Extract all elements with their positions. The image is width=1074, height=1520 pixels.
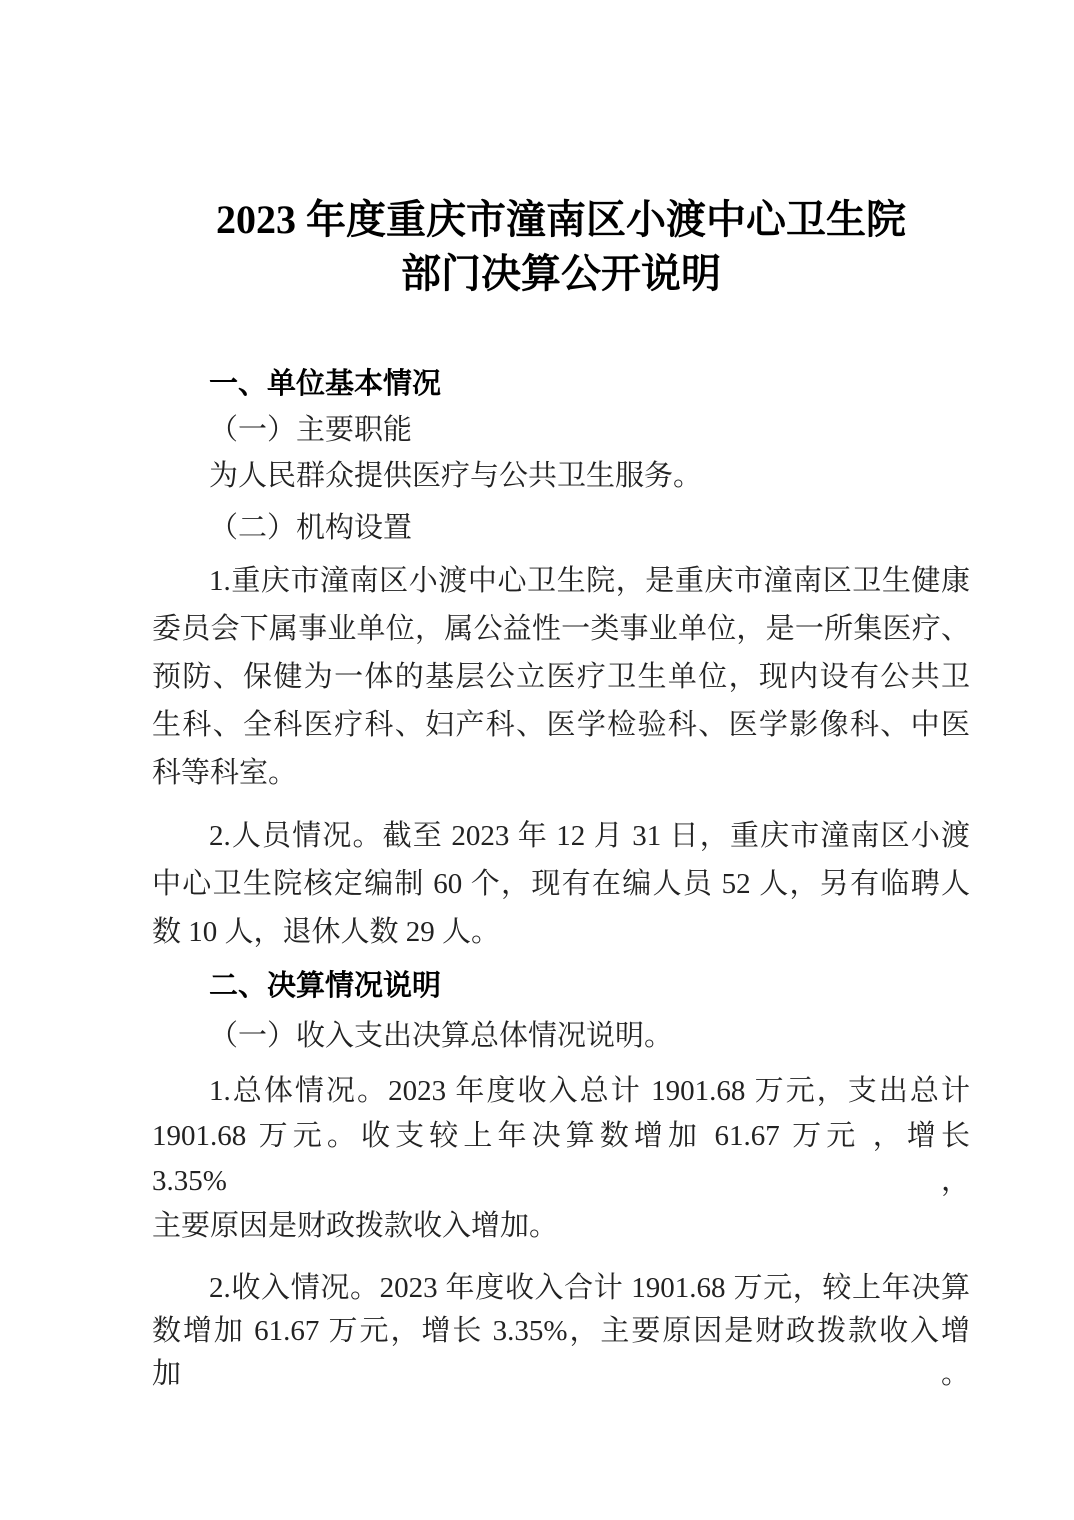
document-page: 2023 年度重庆市潼南区小渡中心卫生院 部门决算公开说明 一、单位基本情况（一… — [0, 0, 1074, 1520]
title-line-1: 2023 年度重庆市潼南区小渡中心卫生院 — [152, 193, 970, 247]
text-line: 主要原因是财政拨款收入增加。 — [152, 1204, 970, 1249]
text-line: 数 10 人，退休人数 29 人。 — [152, 908, 970, 956]
title-line-2: 部门决算公开说明 — [152, 247, 970, 301]
paragraph: 为人民群众提供医疗与公共卫生服务。 — [152, 453, 970, 499]
text-line: 2.人员情况。截至 2023 年 12 月 31 日，重庆市潼南区小渡 — [152, 812, 970, 860]
text-line: 1901.68 万元。收支较上年决算数增加 61.67 万元 ，增长 3.35%… — [152, 1114, 970, 1204]
subsection-heading: （一）主要职能 — [152, 407, 970, 453]
text-line: 1.重庆市潼南区小渡中心卫生院，是重庆市潼南区卫生健康 — [152, 557, 970, 605]
text-line: 中心卫生院核定编制 60 个，现有在编人员 52 人，另有临聘人 — [152, 860, 970, 908]
text-line: 委员会下属事业单位，属公益性一类事业单位，是一所集医疗、 — [152, 605, 970, 653]
paragraph: 2.收入情况。2023 年度收入合计 1901.68 万元，较上年决算数增加 6… — [152, 1267, 970, 1396]
paragraph: 1.总体情况。2023 年度收入总计 1901.68 万元，支出总计1901.6… — [152, 1069, 970, 1249]
document-title: 2023 年度重庆市潼南区小渡中心卫生院 部门决算公开说明 — [152, 193, 970, 301]
paragraph: 2.人员情况。截至 2023 年 12 月 31 日，重庆市潼南区小渡中心卫生院… — [152, 812, 970, 956]
subsection-heading: （一）收入支出决算总体情况说明。 — [152, 1013, 970, 1059]
text-line: 数增加 61.67 万元，增长 3.35%，主要原因是财政拨款收入增加。 — [152, 1310, 970, 1396]
subsection-heading: （二）机构设置 — [152, 505, 970, 551]
text-line: 为人民群众提供医疗与公共卫生服务。 — [152, 453, 970, 499]
text-line: 科等科室。 — [152, 749, 970, 797]
paragraph: 1.重庆市潼南区小渡中心卫生院，是重庆市潼南区卫生健康委员会下属事业单位，属公益… — [152, 557, 970, 797]
text-line: 1.总体情况。2023 年度收入总计 1901.68 万元，支出总计 — [152, 1069, 970, 1114]
text-line: 2.收入情况。2023 年度收入合计 1901.68 万元，较上年决算 — [152, 1267, 970, 1310]
section-heading: 一、单位基本情况 — [152, 361, 970, 407]
document-content: 2023 年度重庆市潼南区小渡中心卫生院 部门决算公开说明 一、单位基本情况（一… — [152, 0, 970, 1396]
text-line: 预防、保健为一体的基层公立医疗卫生单位，现内设有公共卫 — [152, 653, 970, 701]
section-heading: 二、决算情况说明 — [152, 963, 970, 1009]
document-body: 一、单位基本情况（一）主要职能为人民群众提供医疗与公共卫生服务。（二）机构设置1… — [152, 361, 970, 1396]
text-line: 生科、全科医疗科、妇产科、医学检验科、医学影像科、中医 — [152, 701, 970, 749]
